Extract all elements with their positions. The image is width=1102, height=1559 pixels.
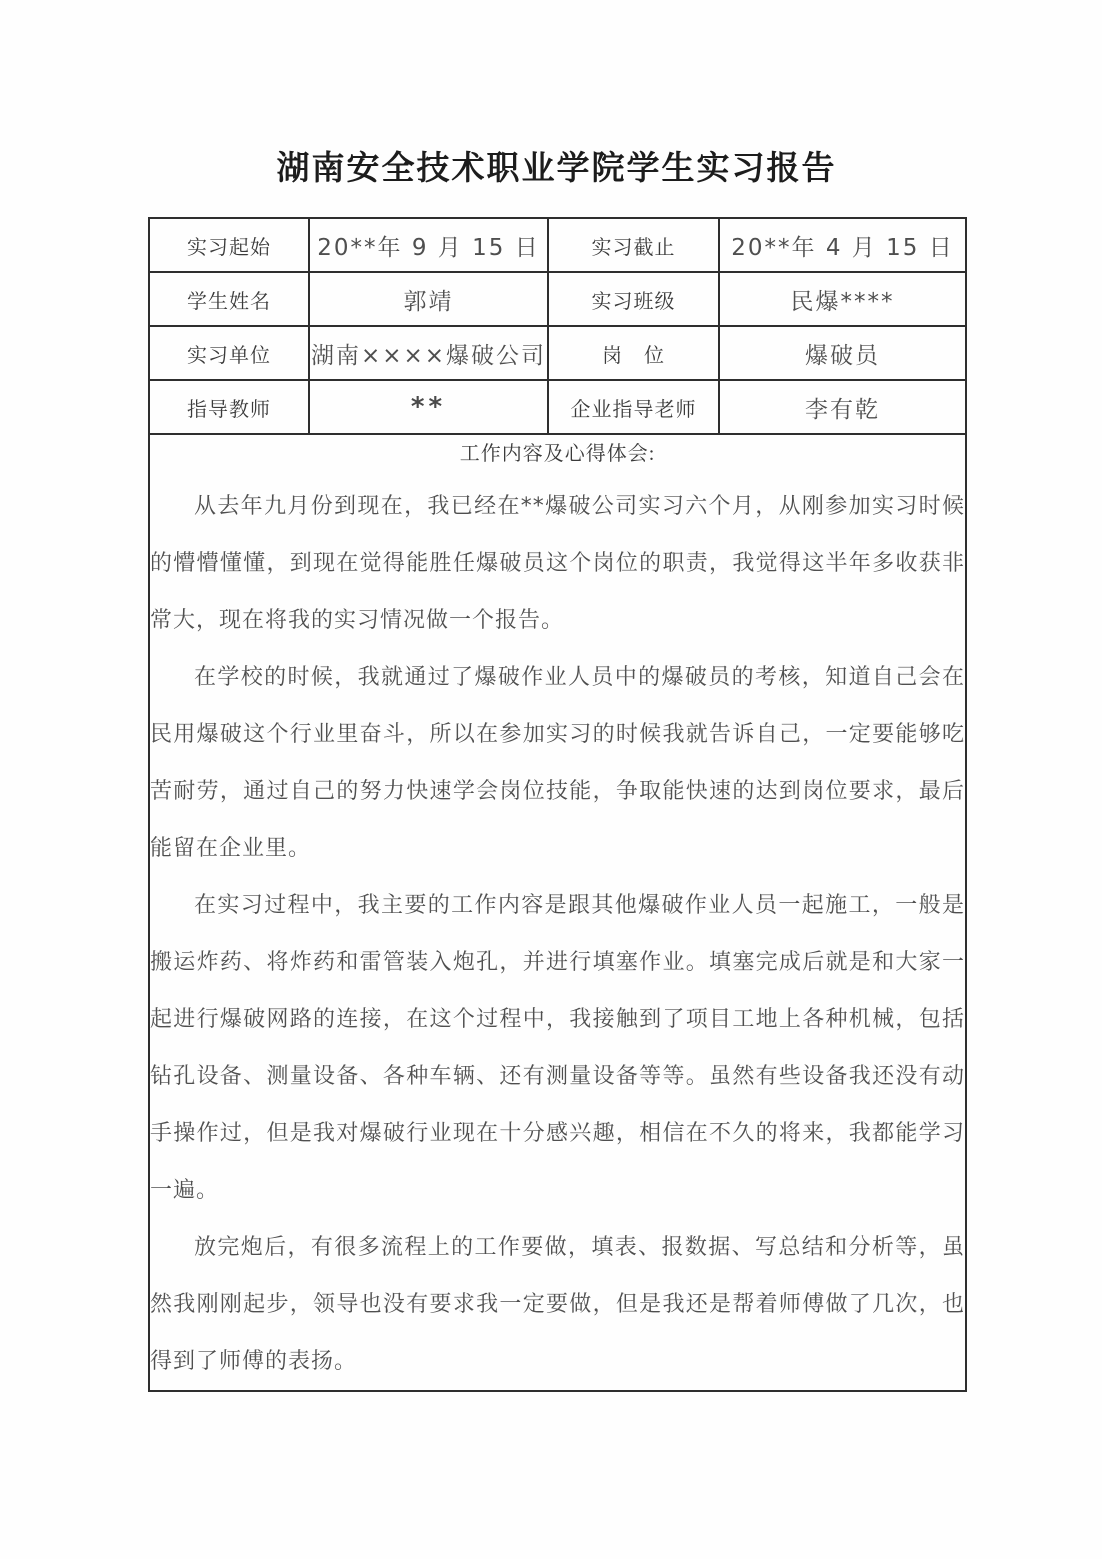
content-cell: 工作内容及心得体会: 从去年九月份到现在，我已经在**爆破公司实习六个月，从刚参… [149, 434, 966, 1391]
field-value-start-date: 20**年 9 月 15 日 [309, 218, 548, 272]
report-paragraph-1: 从去年九月份到现在，我已经在**爆破公司实习六个月，从刚参加实习时候的懵懵懂懂，… [150, 478, 965, 649]
table-row-company: 实习单位 湖南××××爆破公司 岗 位 爆破员 [149, 326, 966, 380]
field-value-school-advisor: ** [309, 380, 548, 434]
report-paragraph-2: 在学校的时候，我就通过了爆破作业人员中的爆破员的考核，知道自己会在民用爆破这个行… [150, 649, 965, 877]
table-row-advisors: 指导教师 ** 企业指导老师 李有乾 [149, 380, 966, 434]
field-value-company: 湖南××××爆破公司 [309, 326, 548, 380]
field-label-position: 岗 位 [548, 326, 719, 380]
field-label-class: 实习班级 [548, 272, 719, 326]
table-row-student: 学生姓名 郭靖 实习班级 民爆**** [149, 272, 966, 326]
report-info-table: 实习起始 20**年 9 月 15 日 实习截止 20**年 4 月 15 日 … [148, 217, 967, 1392]
field-value-student-name: 郭靖 [309, 272, 548, 326]
field-label-company-advisor: 企业指导老师 [548, 380, 719, 434]
field-label-start-date: 实习起始 [149, 218, 309, 272]
field-value-end-date: 20**年 4 月 15 日 [719, 218, 966, 272]
content-section-heading: 工作内容及心得体会: [150, 437, 965, 466]
field-value-class: 民爆**** [719, 272, 966, 326]
field-value-position: 爆破员 [719, 326, 966, 380]
field-label-school-advisor: 指导教师 [149, 380, 309, 434]
field-label-end-date: 实习截止 [548, 218, 719, 272]
document-page: 湖南安全技术职业学院学生实习报告 实习起始 20**年 9 月 15 日 实习截… [0, 0, 1102, 1559]
report-paragraph-3: 在实习过程中，我主要的工作内容是跟其他爆破作业人员一起施工，一般是搬运炸药、将炸… [150, 877, 965, 1219]
field-label-company: 实习单位 [149, 326, 309, 380]
field-value-company-advisor: 李有乾 [719, 380, 966, 434]
report-paragraph-4: 放完炮后，有很多流程上的工作要做，填表、报数据、写总结和分析等，虽然我刚刚起步，… [150, 1219, 965, 1390]
field-label-student-name: 学生姓名 [149, 272, 309, 326]
table-row-content: 工作内容及心得体会: 从去年九月份到现在，我已经在**爆破公司实习六个月，从刚参… [149, 434, 966, 1391]
page-title: 湖南安全技术职业学院学生实习报告 [148, 142, 965, 189]
table-row-dates: 实习起始 20**年 9 月 15 日 实习截止 20**年 4 月 15 日 [149, 218, 966, 272]
